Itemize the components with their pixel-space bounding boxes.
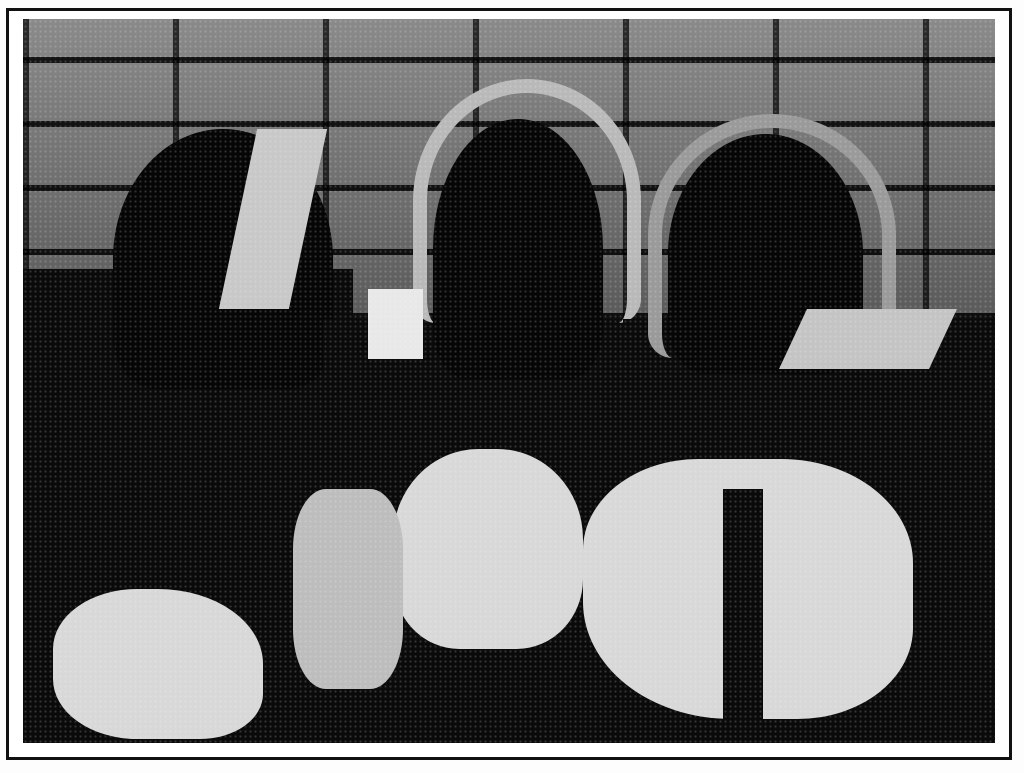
center-hands	[393, 449, 583, 649]
halftone-photograph	[23, 19, 995, 743]
photo-frame	[6, 8, 1012, 760]
center-sleeve	[293, 489, 403, 689]
center-collar	[368, 289, 423, 359]
right-collar	[779, 309, 957, 369]
right-fold	[723, 489, 763, 729]
center-hood	[433, 119, 603, 379]
left-hands	[53, 589, 263, 739]
